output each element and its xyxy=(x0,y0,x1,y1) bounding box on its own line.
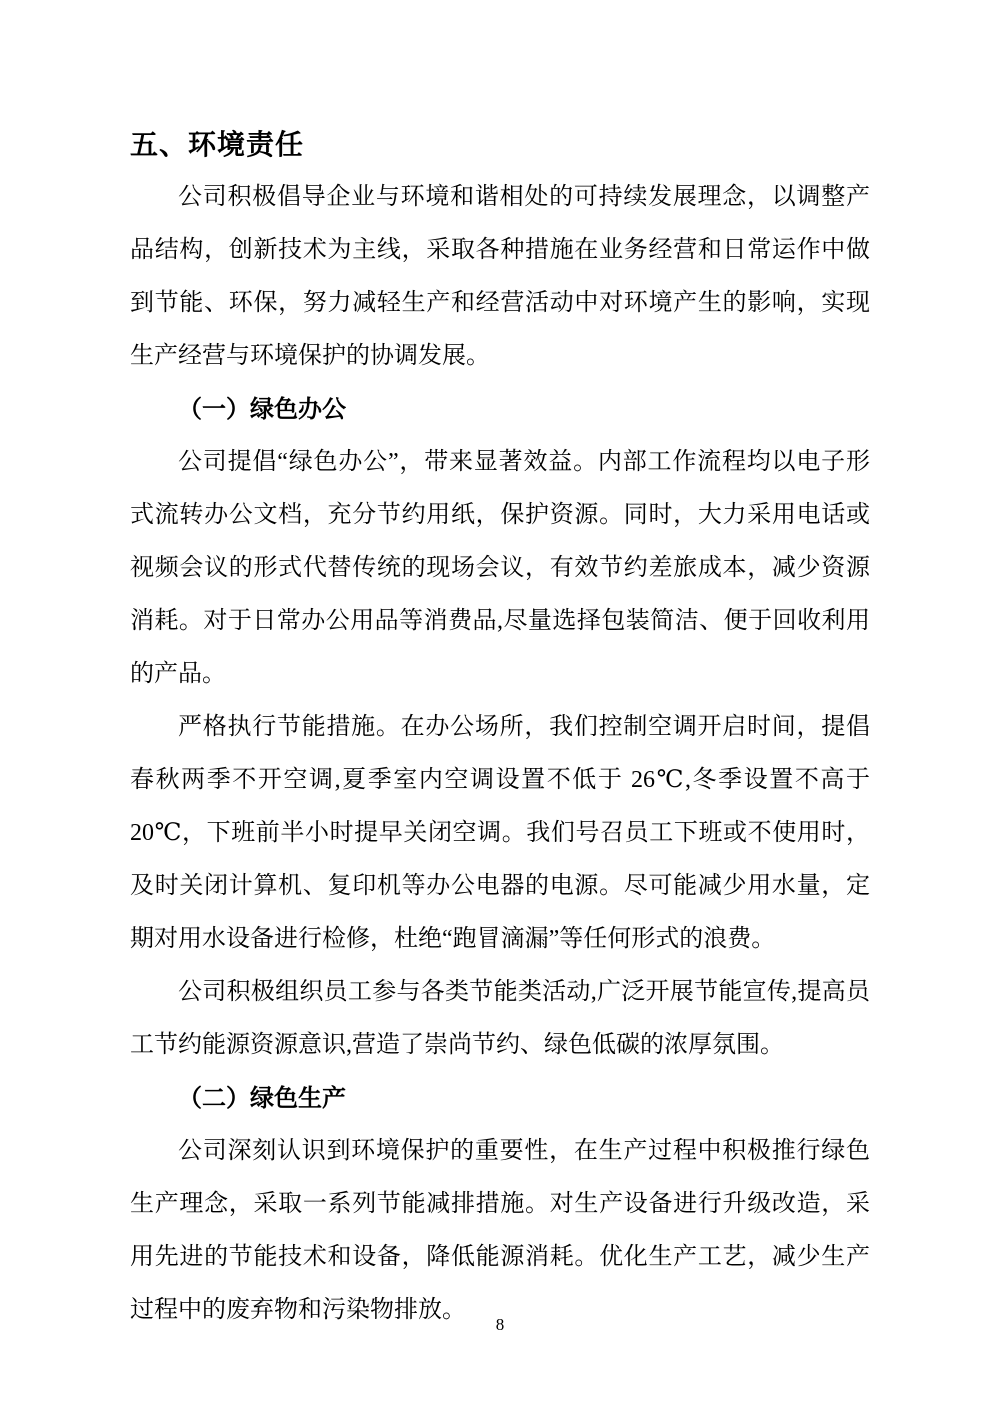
document-page: 五、环境责任 公司积极倡导企业与环境和谐相处的可持续发展理念，以调整产品结构，创… xyxy=(0,0,1000,1415)
paragraph-green-office: 公司提倡“绿色办公”，带来显著效益。内部工作流程均以电子形式流转办公文档，充分节… xyxy=(130,436,870,701)
subsection-heading-green-office: （一）绿色办公 xyxy=(130,383,870,436)
paragraph-energy-saving-measures: 严格执行节能措施。在办公场所，我们控制空调开启时间，提倡春秋两季不开空调,夏季室… xyxy=(130,701,870,966)
document-title: 五、环境责任 xyxy=(130,118,870,171)
paragraph-employee-activities: 公司积极组织员工参与各类节能类活动,广泛开展节能宣传,提高员工节约能源资源意识,… xyxy=(130,966,870,1072)
paragraph-environment-intro: 公司积极倡导企业与环境和谐相处的可持续发展理念，以调整产品结构，创新技术为主线，… xyxy=(130,171,870,383)
paragraph-green-production: 公司深刻认识到环境保护的重要性，在生产过程中积极推行绿色生产理念，采取一系列节能… xyxy=(130,1125,870,1337)
page-number: 8 xyxy=(0,1315,1000,1335)
subsection-heading-green-production: （二）绿色生产 xyxy=(130,1072,870,1125)
